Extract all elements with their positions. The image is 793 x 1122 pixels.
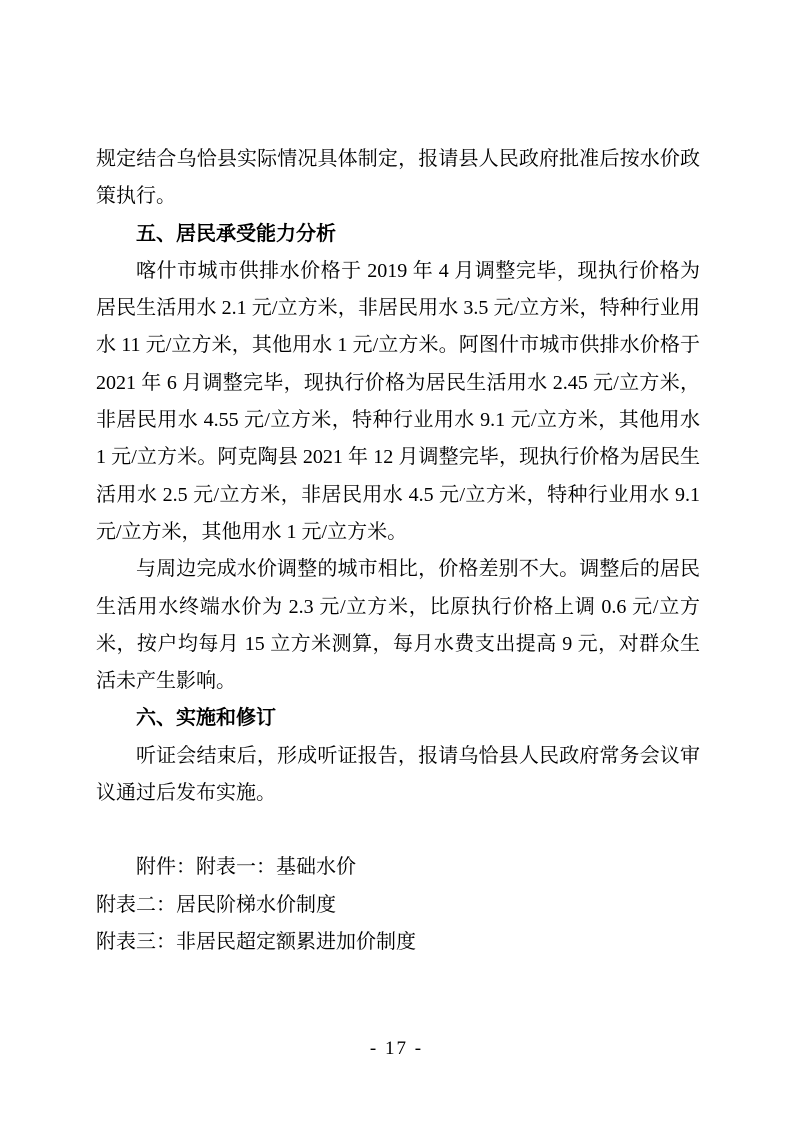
paragraph-continuation: 规定结合乌恰县实际情况具体制定，报请县人民政府批准后按水价政策执行。 (96, 141, 700, 216)
attachment-line-1: 附件：附表一：基础水价 (96, 849, 700, 886)
section-heading-six: 六、实施和修订 (96, 700, 700, 737)
attachment-list: 附件：附表一：基础水价 附表二：居民阶梯水价制度 附表三：非居民超定额累进加价制… (96, 849, 700, 961)
paragraph-implementation: 听证会结束后，形成听证报告，报请乌恰县人民政府常务会议审议通过后发布实施。 (96, 738, 700, 813)
attachment-line-3: 附表三：非居民超定额累进加价制度 (96, 924, 700, 961)
page-number: - 17 - (0, 1038, 793, 1060)
document-content: 规定结合乌恰县实际情况具体制定，报请县人民政府批准后按水价政策执行。 五、居民承… (96, 141, 700, 961)
paragraph-comparison: 与周边完成水价调整的城市相比，价格差别不大。调整后的居民生活用水终端水价为 2.… (96, 551, 700, 700)
document-page: 规定结合乌恰县实际情况具体制定，报请县人民政府批准后按水价政策执行。 五、居民承… (0, 0, 793, 1122)
section-heading-five: 五、居民承受能力分析 (96, 216, 700, 253)
attachment-line-2: 附表二：居民阶梯水价制度 (96, 887, 700, 924)
paragraph-city-prices: 喀什市城市供排水价格于 2019 年 4 月调整完毕，现执行价格为居民生活用水 … (96, 253, 700, 551)
